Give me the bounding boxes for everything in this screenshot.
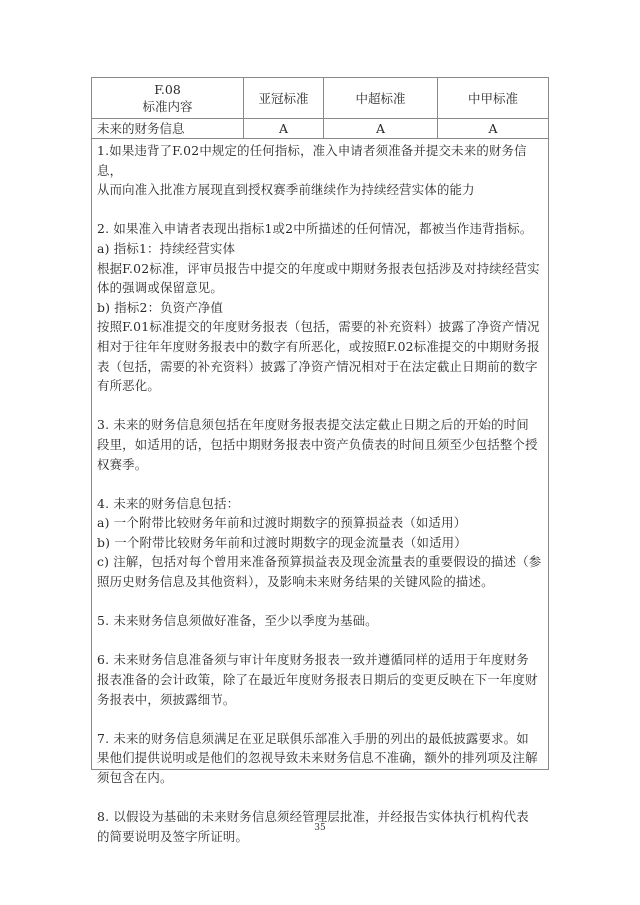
text-line: 表（包括，需要的补充资料）披露了净资产情况相对于在法定截止日期前的数字	[97, 357, 542, 377]
table-header-row: F.08 标准内容 亚冠标准 中超标准 中甲标准	[92, 78, 548, 119]
text-line: 相对于往年年度财务报表中的数字有所恶化，或按照F.02标准提交的中期财务报	[97, 337, 542, 357]
header-standard-content: F.08 标准内容	[92, 78, 244, 118]
text-line: a) 指标1：持续经营实体	[97, 239, 542, 259]
text-line: 7. 未来的财务信息须满足在亚足联俱乐部准入手册的列出的最低披露要求。如	[97, 729, 542, 749]
text-line: 5. 未来财务信息须做好准备，至少以季度为基础。	[97, 611, 542, 631]
requirement-2: 2. 如果准入申请者表现出指标1或2中所描述的任何情况，都被当作违背指标。 a)…	[97, 219, 542, 395]
text-line: 6. 未来财务信息准备须与审计年度财务报表一致并遵循同样的适用于年度财务	[97, 650, 542, 670]
standards-table: F.08 标准内容 亚冠标准 中超标准 中甲标准 未来的财务信息 A A A 1…	[91, 77, 549, 770]
text-line: 务报表中，须披露细节。	[97, 690, 542, 710]
requirement-3: 3. 未来的财务信息须包括在年度财务报表提交法定截止日期之后的开始的时间 段里，…	[97, 415, 542, 474]
text-line: 根据F.02标准，评审员报告中提交的年度或中期财务报表包括涉及对持续经营实	[97, 259, 542, 279]
header-csl-standard: 中超标准	[324, 78, 438, 118]
text-line: 从而向准入批准方展现直到授权赛季前继续作为持续经营实体的能力	[97, 180, 542, 200]
standard-code: F.08	[154, 81, 181, 98]
text-line: 有所恶化。	[97, 376, 542, 396]
requirement-7: 7. 未来的财务信息须满足在亚足联俱乐部准入手册的列出的最低披露要求。如 果他们…	[97, 729, 542, 788]
requirements-text: 1.如果违背了F.02中规定的任何指标，准入申请者须准备并提交未来的财务信息， …	[97, 141, 542, 846]
header-afc-standard: 亚冠标准	[244, 78, 324, 118]
text-line: 4. 未来的财务信息包括：	[97, 494, 542, 514]
row-grade-afc: A	[244, 119, 324, 138]
text-line: 报表准备的会计政策，除了在最近年度财务报表日期后的变更反映在下一年度财	[97, 670, 542, 690]
row-grade-cl1: A	[438, 119, 548, 138]
text-line: a) 一个附带比较财务年前和过渡时期数字的预算损益表（如适用）	[97, 513, 542, 533]
text-line: 果他们提供说明或是他们的忽视导致未来财务信息不准确，额外的排列项及注解	[97, 748, 542, 768]
text-line: b) 指标2：负资产净值	[97, 298, 542, 318]
text-line: b) 一个附带比较财务年前和过渡时期数字的现金流量表（如适用）	[97, 533, 542, 553]
text-line: 按照F.01标准提交的年度财务报表（包括，需要的补充资料）披露了净资产情况	[97, 317, 542, 337]
table-row: 未来的财务信息 A A A	[92, 119, 548, 139]
row-grade-csl: A	[324, 119, 438, 138]
standard-label: 标准内容	[142, 98, 192, 115]
row-name: 未来的财务信息	[92, 119, 244, 138]
header-cl1-standard: 中甲标准	[438, 78, 548, 118]
text-line: 体的强调或保留意见。	[97, 278, 542, 298]
requirement-5: 5. 未来财务信息须做好准备，至少以季度为基础。	[97, 611, 542, 631]
page-number: 35	[0, 823, 640, 833]
text-line: 照历史财务信息及其他资料），及影响未来财务结果的关键风险的描述。	[97, 572, 542, 592]
text-line: c) 注解，包括对每个曾用来准备预算损益表及现金流量表的重要假设的描述（参	[97, 552, 542, 572]
requirement-1: 1.如果违背了F.02中规定的任何指标，准入申请者须准备并提交未来的财务信息， …	[97, 141, 542, 200]
text-line: 1.如果违背了F.02中规定的任何指标，准入申请者须准备并提交未来的财务信息，	[97, 141, 542, 180]
text-line: 权赛季。	[97, 455, 542, 475]
text-line: 2. 如果准入申请者表现出指标1或2中所描述的任何情况，都被当作违背指标。	[97, 219, 542, 239]
text-line: 须包含在内。	[97, 768, 542, 788]
requirement-6: 6. 未来财务信息准备须与审计年度财务报表一致并遵循同样的适用于年度财务 报表准…	[97, 650, 542, 709]
requirement-4: 4. 未来的财务信息包括： a) 一个附带比较财务年前和过渡时期数字的预算损益表…	[97, 494, 542, 592]
text-line: 3. 未来的财务信息须包括在年度财务报表提交法定截止日期之后的开始的时间	[97, 415, 542, 435]
text-line: 段里，如适用的话，包括中期财务报表中资产负债表的时间且须至少包括整个授	[97, 435, 542, 455]
